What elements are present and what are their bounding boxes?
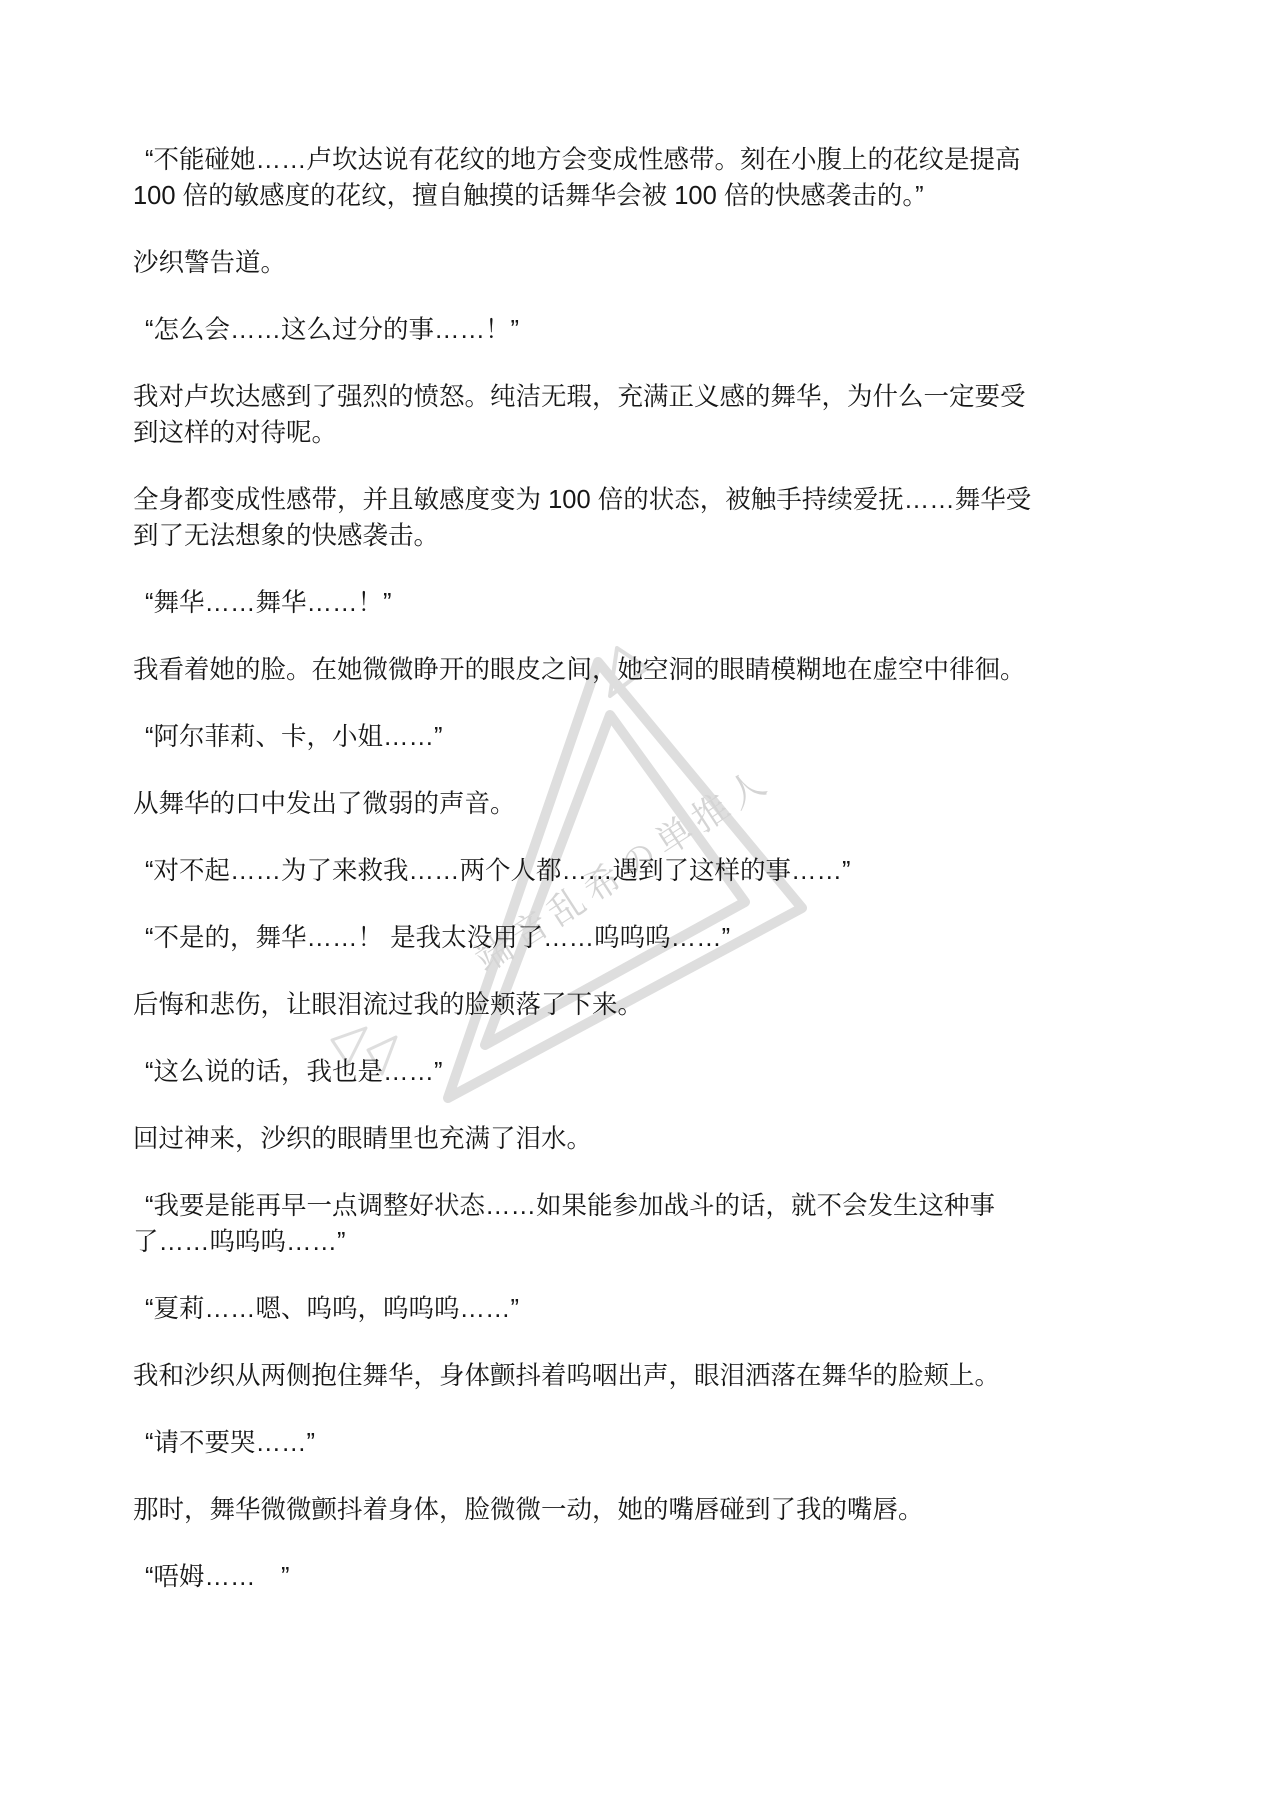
text-line: 后悔和悲伤，让眼泪流过我的脸颊落了下来。 xyxy=(133,987,1153,1023)
text-content: “不能碰她……卢坎达说有花纹的地方会变成性感带。刻在小腹上的花纹是提高100 倍… xyxy=(133,142,1153,1626)
narration-paragraph: 回过神来，沙织的眼睛里也充满了泪水。 xyxy=(133,1121,1153,1157)
dialogue-paragraph: “这么说的话，我也是……” xyxy=(133,1054,1153,1090)
text-line: 沙织警告道。 xyxy=(133,245,1153,281)
text-line: 回过神来，沙织的眼睛里也充满了泪水。 xyxy=(133,1121,1153,1157)
narration-paragraph: 沙织警告道。 xyxy=(133,245,1153,281)
text-line: “请不要哭……” xyxy=(133,1425,1153,1461)
narration-paragraph: 我对卢坎达感到了强烈的愤怒。纯洁无瑕，充满正义感的舞华，为什么一定要受到这样的对… xyxy=(133,379,1153,451)
text-line: “舞华……舞华……！” xyxy=(133,585,1153,621)
dialogue-paragraph: “阿尔菲莉、卡，小姐……” xyxy=(133,719,1153,755)
text-line: 那时，舞华微微颤抖着身体，脸微微一动，她的嘴唇碰到了我的嘴唇。 xyxy=(133,1492,1153,1528)
text-line: 到这样的对待呢。 xyxy=(133,415,1153,451)
text-line: 了……呜呜呜……” xyxy=(133,1224,1153,1260)
narration-paragraph: 那时，舞华微微颤抖着身体，脸微微一动，她的嘴唇碰到了我的嘴唇。 xyxy=(133,1492,1153,1528)
text-line: 从舞华的口中发出了微弱的声音。 xyxy=(133,786,1153,822)
dialogue-paragraph: “不是的，舞华……！ 是我太没用了……呜呜呜……” xyxy=(133,920,1153,956)
text-line: “对不起……为了来救我……两个人都……遇到了这样的事……” xyxy=(133,853,1153,889)
dialogue-paragraph: “不能碰她……卢坎达说有花纹的地方会变成性感带。刻在小腹上的花纹是提高100 倍… xyxy=(133,142,1153,214)
text-line: 100 倍的敏感度的花纹，擅自触摸的话舞华会被 100 倍的快感袭击的。” xyxy=(133,178,1153,214)
text-line: 我对卢坎达感到了强烈的愤怒。纯洁无瑕，充满正义感的舞华，为什么一定要受 xyxy=(133,379,1153,415)
text-line: “我要是能再早一点调整好状态……如果能参加战斗的话，就不会发生这种事 xyxy=(133,1188,1153,1224)
narration-paragraph: 全身都变成性感带，并且敏感度变为 100 倍的状态，被触手持续爱抚……舞华受到了… xyxy=(133,482,1153,554)
dialogue-paragraph: “夏莉……嗯、呜呜，呜呜呜……” xyxy=(133,1291,1153,1327)
text-line: “不能碰她……卢坎达说有花纹的地方会变成性感带。刻在小腹上的花纹是提高 xyxy=(133,142,1153,178)
narration-paragraph: 后悔和悲伤，让眼泪流过我的脸颊落了下来。 xyxy=(133,987,1153,1023)
narration-paragraph: 我和沙织从两侧抱住舞华，身体颤抖着呜咽出声，眼泪洒落在舞华的脸颊上。 xyxy=(133,1358,1153,1394)
text-line: “这么说的话，我也是……” xyxy=(133,1054,1153,1090)
text-line: 全身都变成性感带，并且敏感度变为 100 倍的状态，被触手持续爱抚……舞华受 xyxy=(133,482,1153,518)
narration-paragraph: 从舞华的口中发出了微弱的声音。 xyxy=(133,786,1153,822)
text-line: “怎么会……这么过分的事……！” xyxy=(133,312,1153,348)
narration-paragraph: 我看着她的脸。在她微微睁开的眼皮之间，她空洞的眼睛模糊地在虚空中徘徊。 xyxy=(133,652,1153,688)
text-line: 我和沙织从两侧抱住舞华，身体颤抖着呜咽出声，眼泪洒落在舞华的脸颊上。 xyxy=(133,1358,1153,1394)
dialogue-paragraph: “怎么会……这么过分的事……！” xyxy=(133,312,1153,348)
dialogue-paragraph: “唔姆…… ” xyxy=(133,1559,1153,1595)
dialogue-paragraph: “请不要哭……” xyxy=(133,1425,1153,1461)
dialogue-paragraph: “对不起……为了来救我……两个人都……遇到了这样的事……” xyxy=(133,853,1153,889)
text-line: 到了无法想象的快感袭击。 xyxy=(133,518,1153,554)
text-line: “阿尔菲莉、卡，小姐……” xyxy=(133,719,1153,755)
dialogue-paragraph: “我要是能再早一点调整好状态……如果能参加战斗的话，就不会发生这种事了……呜呜呜… xyxy=(133,1188,1153,1260)
dialogue-paragraph: “舞华……舞华……！” xyxy=(133,585,1153,621)
text-line: “不是的，舞华……！ 是我太没用了……呜呜呜……” xyxy=(133,920,1153,956)
text-line: “唔姆…… ” xyxy=(133,1559,1153,1595)
text-line: “夏莉……嗯、呜呜，呜呜呜……” xyxy=(133,1291,1153,1327)
text-line: 我看着她的脸。在她微微睁开的眼皮之间，她空洞的眼睛模糊地在虚空中徘徊。 xyxy=(133,652,1153,688)
document-page: 端音乱希の単推人 “不能碰她……卢坎达说有花纹的地方会变成性感带。刻在小腹上的花… xyxy=(0,0,1280,1810)
